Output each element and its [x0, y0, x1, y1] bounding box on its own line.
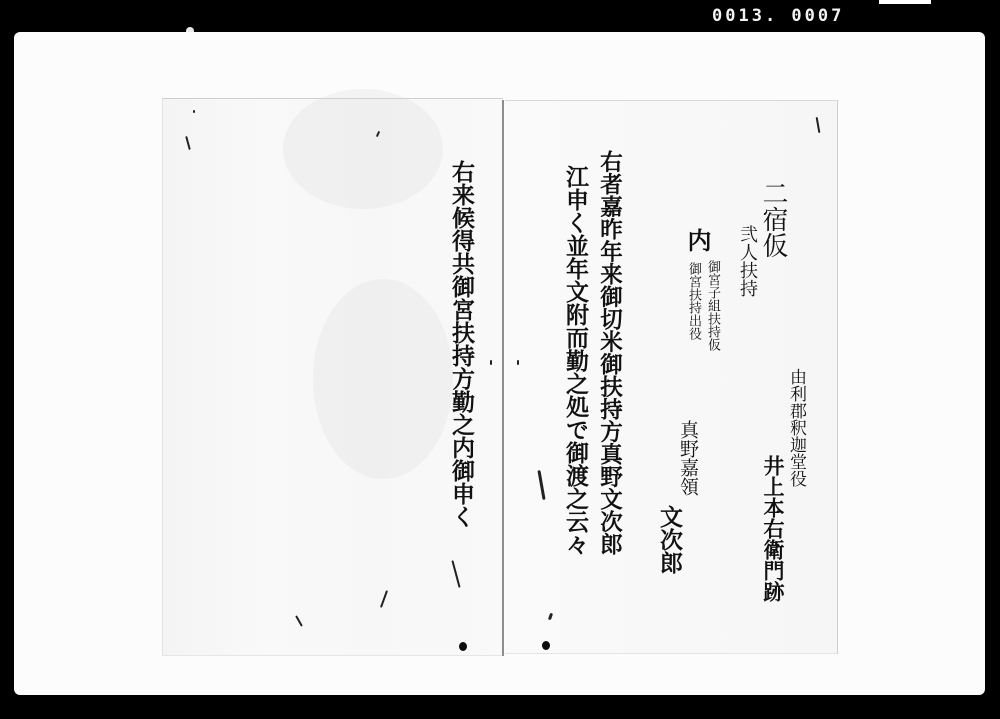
name-column: 井上本右衛門跡 — [763, 455, 784, 602]
water-stain — [283, 89, 443, 209]
ink-blot — [542, 641, 550, 650]
book-spine — [502, 100, 504, 656]
text-column: 由利郡釈迦堂役 — [787, 368, 804, 487]
name-column: 文次郎 — [658, 505, 681, 574]
body-column: 右者嘉昨年来御切米御扶持方真野文次郎 — [598, 150, 621, 555]
text-column: 真野嘉領 — [678, 420, 697, 496]
film-frame-tab — [879, 0, 931, 4]
text-column: 弐人扶持 — [738, 225, 756, 297]
frame-label: 0013. 0007 — [712, 6, 844, 26]
ink-speck — [193, 110, 195, 113]
heading-column: 二宿仮 — [760, 180, 786, 258]
body-column: 右来候得共御宮扶持方勤之内御申く — [450, 160, 473, 528]
text-column: 内 — [685, 228, 709, 252]
text-column: 御宮子組扶持仮 — [706, 260, 719, 351]
ink-speck — [517, 360, 519, 365]
ink-speck — [490, 360, 492, 365]
ink-blot — [459, 642, 467, 651]
body-column: 江申く並年文附而勤之処で御渡之云々 — [564, 165, 587, 556]
water-stain — [313, 279, 453, 479]
text-column: 御宮扶持出役 — [687, 262, 700, 340]
